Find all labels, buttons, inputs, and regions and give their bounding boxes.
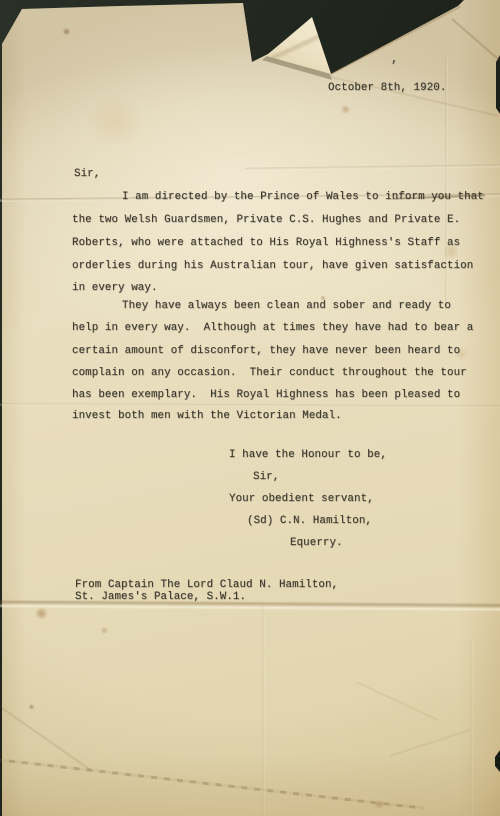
closing-line: I have the Honour to be, xyxy=(229,450,387,461)
sender-line: St. James's Palace, S.W.1. xyxy=(75,592,246,603)
sender-line: From Captain The Lord Claud N. Hamilton, xyxy=(75,580,338,591)
body-line: They have always been clean and sober an… xyxy=(122,301,451,312)
body-line: certain amount of disconfort, they have … xyxy=(72,346,460,357)
body-line: invest both men with the Victorian Medal… xyxy=(72,411,342,422)
body-line: help in every way. Although at times the… xyxy=(72,323,473,334)
body-line: the two Welsh Guardsmen, Private C.S. Hu… xyxy=(72,215,460,226)
salutation: Sir, xyxy=(74,169,100,180)
body-line: orderlies during his Australian tour, ha… xyxy=(72,261,473,272)
signature-line: (Sd) C.N. Hamilton, xyxy=(247,516,372,527)
body-line: Roberts, who were attached to His Royal … xyxy=(72,238,460,249)
signature-title-line: Equerry. xyxy=(290,538,343,549)
body-line: in every way. xyxy=(72,283,158,294)
closing-line: Sir, xyxy=(253,472,279,483)
body-line: I am directed by the Prince of Wales to … xyxy=(122,192,484,203)
letter-photo: October 8th, 1920. , Sir, I am directed … xyxy=(0,0,500,816)
body-line: complain on any occasion. Their conduct … xyxy=(72,368,467,379)
closing-line: Your obedient servant, xyxy=(229,494,374,505)
body-line: has been exemplary. His Royal Highness h… xyxy=(72,390,460,401)
stray-comma-mark: , xyxy=(391,53,398,65)
date-line: October 8th, 1920. xyxy=(328,83,446,94)
letter-text: October 8th, 1920. , Sir, I am directed … xyxy=(0,0,500,816)
